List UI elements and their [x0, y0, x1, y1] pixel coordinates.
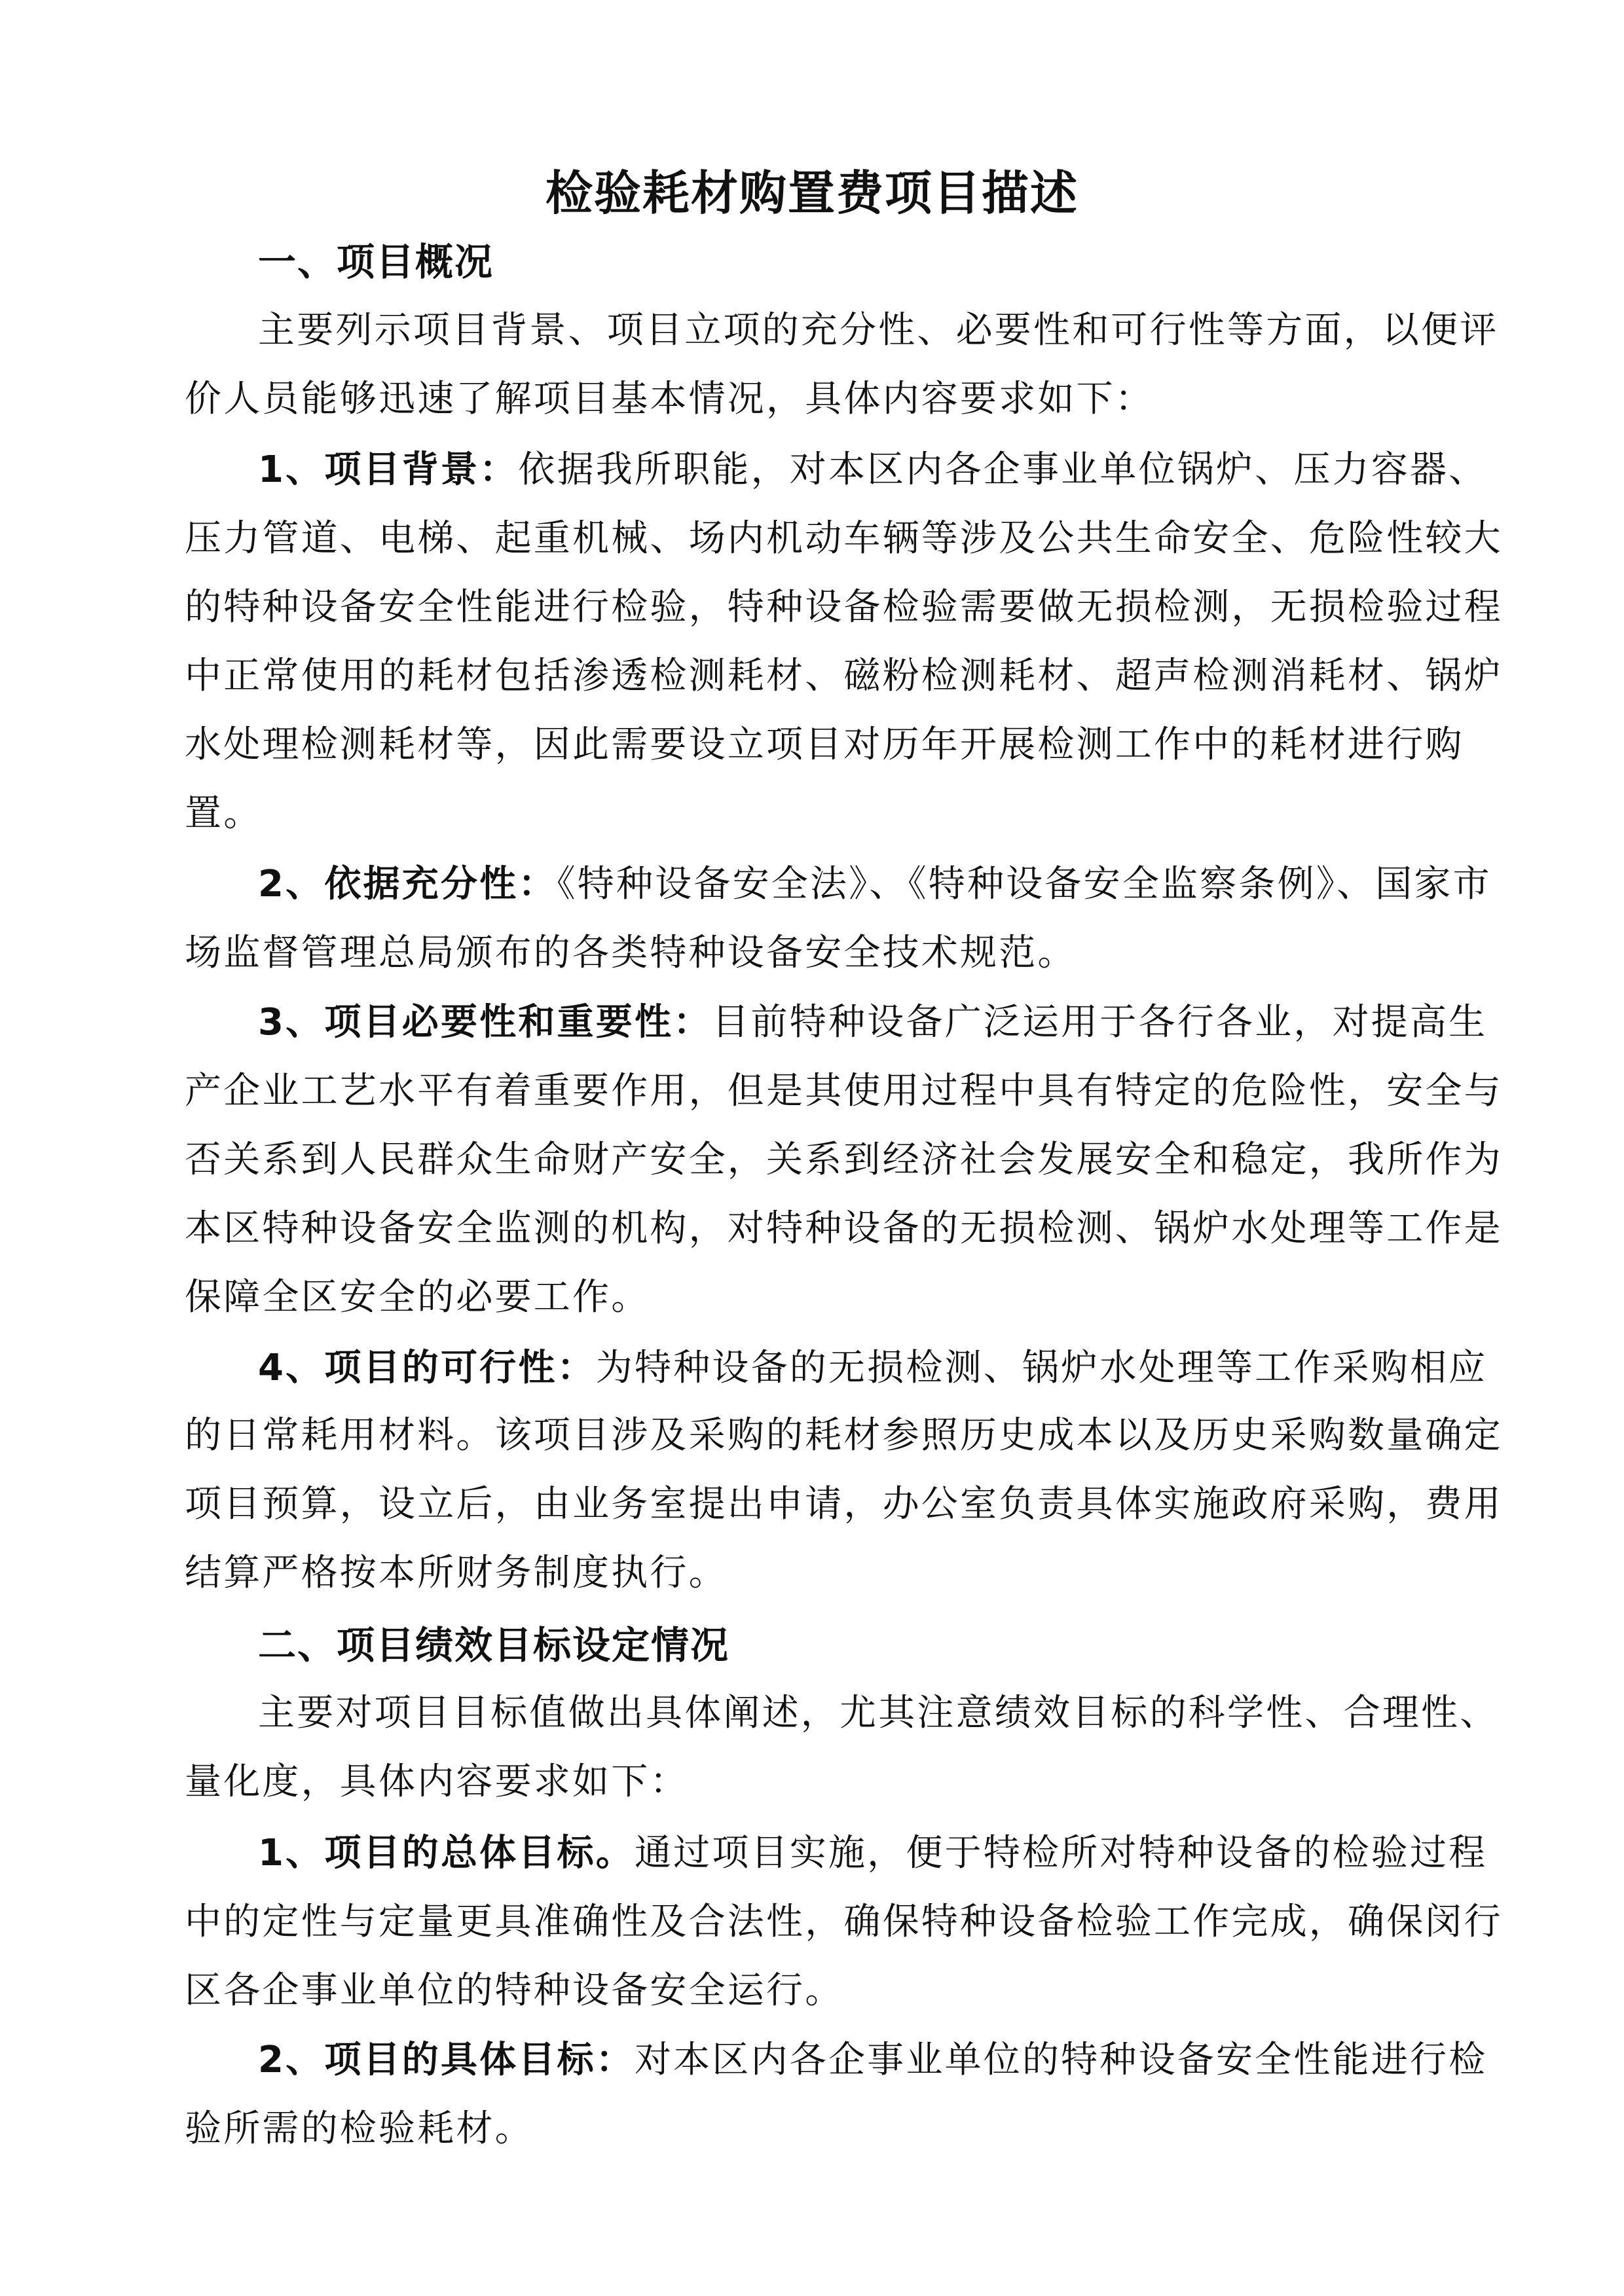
section-heading-overview: 一、项目概况	[258, 239, 1455, 285]
paragraph-line: 中的定性与定量更具准确性及合法性，确保特种设备检验工作完成，确保闵行	[185, 1899, 1455, 1945]
item-lead: 2、项目的具体目标：	[258, 2039, 635, 2081]
section2-intro-line: 量化度，具体内容要求如下：	[185, 1759, 1455, 1805]
paragraph-line: 否关系到人民群众生命财产安全，关系到经济社会发展安全和稳定，我所作为	[185, 1137, 1455, 1183]
item-text: 为特种设备的无损检测、锅炉水处理等工作采购相应	[596, 1347, 1488, 1389]
paragraph-line: 本区特种设备安全监测的机构，对特种设备的无损检测、锅炉水处理等工作是	[185, 1206, 1455, 1252]
item-text: 《特种设备安全法》、《特种设备安全监察条例》、国家市	[557, 863, 1492, 905]
item-specific-goal: 2、项目的具体目标：对本区内各企事业单位的特种设备安全性能进行检	[258, 2037, 1455, 2083]
item-lead: 4、项目的可行性：	[258, 1347, 596, 1389]
item-lead: 2、依据充分性：	[258, 863, 557, 905]
item-lead: 1、项目的总体目标。	[258, 1832, 635, 1874]
item-basis: 2、依据充分性：《特种设备安全法》、《特种设备安全监察条例》、国家市	[258, 862, 1455, 907]
document-title: 检验耗材购置费项目描述	[0, 164, 1624, 223]
paragraph-line: 的特种设备安全性能进行检验，特种设备检验需要做无损检测，无损检验过程	[185, 585, 1455, 630]
paragraph-line: 保障全区安全的必要工作。	[185, 1275, 1455, 1321]
paragraph-line: 中正常使用的耗材包括渗透检测耗材、磁粉检测耗材、超声检测消耗材、锅炉	[185, 653, 1455, 699]
paragraph-line: 产企业工艺水平有着重要作用，但是其使用过程中具有特定的危险性，安全与	[185, 1068, 1455, 1114]
paragraph-line: 压力管道、电梯、起重机械、场内机动车辆等涉及公共生命安全、危险性较大	[185, 516, 1455, 562]
paragraph-line: 场监督管理总局颁布的各类特种设备安全技术规范。	[185, 930, 1455, 976]
item-background: 1、项目背景：依据我所职能，对本区内各企事业单位锅炉、压力容器、	[258, 447, 1455, 493]
section1-intro-line: 价人员能够迅速了解项目基本情况，具体内容要求如下：	[185, 376, 1455, 422]
section-heading-performance-goals: 二、项目绩效目标设定情况	[258, 1622, 1455, 1668]
paragraph-line: 验所需的检验耗材。	[185, 2106, 1455, 2152]
paragraph-line: 的日常耗用材料。该项目涉及采购的耗材参照历史成本以及历史采购数量确定	[185, 1413, 1455, 1459]
item-necessity: 3、项目必要性和重要性：目前特种设备广泛运用于各行各业，对提高生	[258, 1000, 1455, 1046]
paragraph-line: 结算严格按本所财务制度执行。	[185, 1550, 1455, 1596]
item-text: 依据我所职能，对本区内各企事业单位锅炉、压力容器、	[518, 448, 1487, 491]
section1-intro-line: 主要列示项目背景、项目立项的充分性、必要性和可行性等方面，以便评	[258, 308, 1455, 354]
item-feasibility: 4、项目的可行性：为特种设备的无损检测、锅炉水处理等工作采购相应	[258, 1345, 1455, 1391]
paragraph-line: 项目预算，设立后，由业务室提出申请，办公室负责具体实施政府采购，费用	[185, 1482, 1455, 1527]
section2-intro-line: 主要对项目目标值做出具体阐述，尤其注意绩效目标的科学性、合理性、	[258, 1690, 1455, 1736]
paragraph-line: 区各企事业单位的特种设备安全运行。	[185, 1968, 1455, 2014]
item-text: 通过项目实施，便于特检所对特种设备的检验过程	[635, 1832, 1487, 1874]
item-text: 对本区内各企事业单位的特种设备安全性能进行检	[635, 2039, 1487, 2081]
paragraph-line: 置。	[185, 791, 1455, 837]
item-overall-goal: 1、项目的总体目标。通过项目实施，便于特检所对特种设备的检验过程	[258, 1831, 1455, 1876]
paragraph-line: 水处理检测耗材等，因此需要设立项目对历年开展检测工作中的耗材进行购	[185, 722, 1455, 768]
item-text: 目前特种设备广泛运用于各行各业，对提高生	[712, 1001, 1487, 1044]
item-lead: 3、项目必要性和重要性：	[258, 1001, 712, 1044]
item-lead: 1、项目背景：	[258, 448, 518, 491]
